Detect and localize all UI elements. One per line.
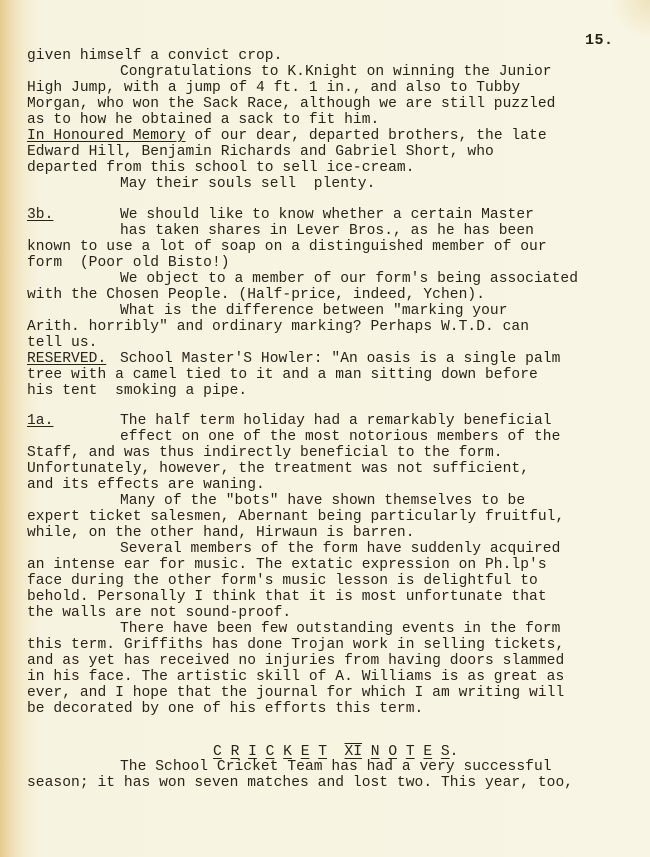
heading-xi: XI [345, 744, 363, 760]
text-line: Arith. horribly" and ordinary marking? P… [27, 319, 529, 335]
text-line: Edward Hill, Benjamin Richards and Gabri… [27, 144, 494, 160]
memorial-line: In Honoured Memory of our dear, departed… [27, 128, 547, 144]
text-line: The School Cricket Team has had a very s… [120, 759, 552, 775]
text-line: Several members of the form have suddenl… [120, 541, 560, 557]
text-line: this term. Griffiths has done Trojan wor… [27, 637, 564, 653]
heading-letter: R [231, 744, 240, 760]
text-line: with the Chosen People. (Half-price, ind… [27, 287, 485, 303]
text-line: behold. Personally I think that it is mo… [27, 589, 547, 605]
heading-letter: T [406, 744, 415, 760]
text-line: High Jump, with a jump of 4 ft. 1 in., a… [27, 80, 520, 96]
document-page: 15. given himself a convict crop. Congra… [0, 0, 650, 857]
text-line: May their souls sell plenty. [120, 176, 375, 192]
text-line: and as yet has received no injuries from… [27, 653, 564, 669]
text-line: form (Poor old Bisto!) [27, 255, 230, 271]
heading-letter: O [388, 744, 397, 760]
text-line: while, on the other hand, Hirwaun is bar… [27, 525, 415, 541]
text-line: his tent smoking a pipe. [27, 383, 247, 399]
text-line: Many of the "bots" have shown themselves… [120, 493, 525, 509]
text-line: given himself a convict crop. [27, 48, 282, 64]
text-line: We object to a member of our form's bein… [120, 271, 578, 287]
heading-letter: T [318, 744, 327, 760]
text-line: has taken shares in Lever Bros., as he h… [120, 223, 534, 239]
heading-letter: K [283, 744, 292, 760]
text-line: School Master'S Howler: "An oasis is a s… [120, 351, 560, 367]
text-line: departed from this school to sell ice-cr… [27, 160, 415, 176]
text-line: effect on one of the most notorious memb… [120, 429, 560, 445]
heading-letter: C [266, 744, 275, 760]
heading-letter: E [301, 744, 310, 760]
text-line: What is the difference between "marking … [120, 303, 508, 319]
heading-letter: E [423, 744, 432, 760]
text-line: an intense ear for music. The extatic ex… [27, 557, 547, 573]
text-line: There have been few outstanding events i… [120, 621, 560, 637]
text-line: the walls are not sound-proof. [27, 605, 291, 621]
text-line: and its effects are waning. [27, 477, 265, 493]
text-line: Unfortunately, however, the treatment wa… [27, 461, 529, 477]
text-line: in his face. The artistic skill of A. Wi… [27, 669, 564, 685]
text-line: The half term holiday had a remarkably b… [120, 413, 552, 429]
text-line: season; it has won seven matches and los… [27, 775, 573, 791]
text-line: ever, and I hope that the journal for wh… [27, 685, 564, 701]
form-label-1a: 1a. [27, 413, 53, 429]
text-line: Morgan, who won the Sack Race, although … [27, 96, 555, 112]
heading-letter: N [371, 744, 380, 760]
text-line: tree with a camel tied to it and a man s… [27, 367, 538, 383]
text-line: expert ticket salesmen, Abernant being p… [27, 509, 564, 525]
text-line: as to how he obtained a sack to fit him. [27, 112, 379, 128]
form-label-3b: 3b. [27, 207, 53, 223]
heading-letter: C [213, 744, 222, 760]
heading-letter: S [441, 744, 450, 760]
text-line: known to use a lot of soap on a distingu… [27, 239, 547, 255]
text-line: We should like to know whether a certain… [120, 207, 534, 223]
text-fragment: of our dear, departed brothers, the late [194, 128, 546, 144]
reserved-label: RESERVED. [27, 351, 106, 367]
memorial-heading: In Honoured Memory [27, 128, 186, 144]
text-line: tell us. [27, 335, 97, 351]
text-line: be decorated by one of his efforts this … [27, 701, 423, 717]
heading-letter: I [248, 744, 257, 760]
heading-period: . [450, 744, 459, 760]
text-line: Congratulations to K.Knight on winning t… [120, 64, 552, 80]
text-line: Staff, and was thus indirectly beneficia… [27, 445, 503, 461]
text-line: face during the other form's music lesso… [27, 573, 538, 589]
page-number: 15. [585, 32, 614, 49]
